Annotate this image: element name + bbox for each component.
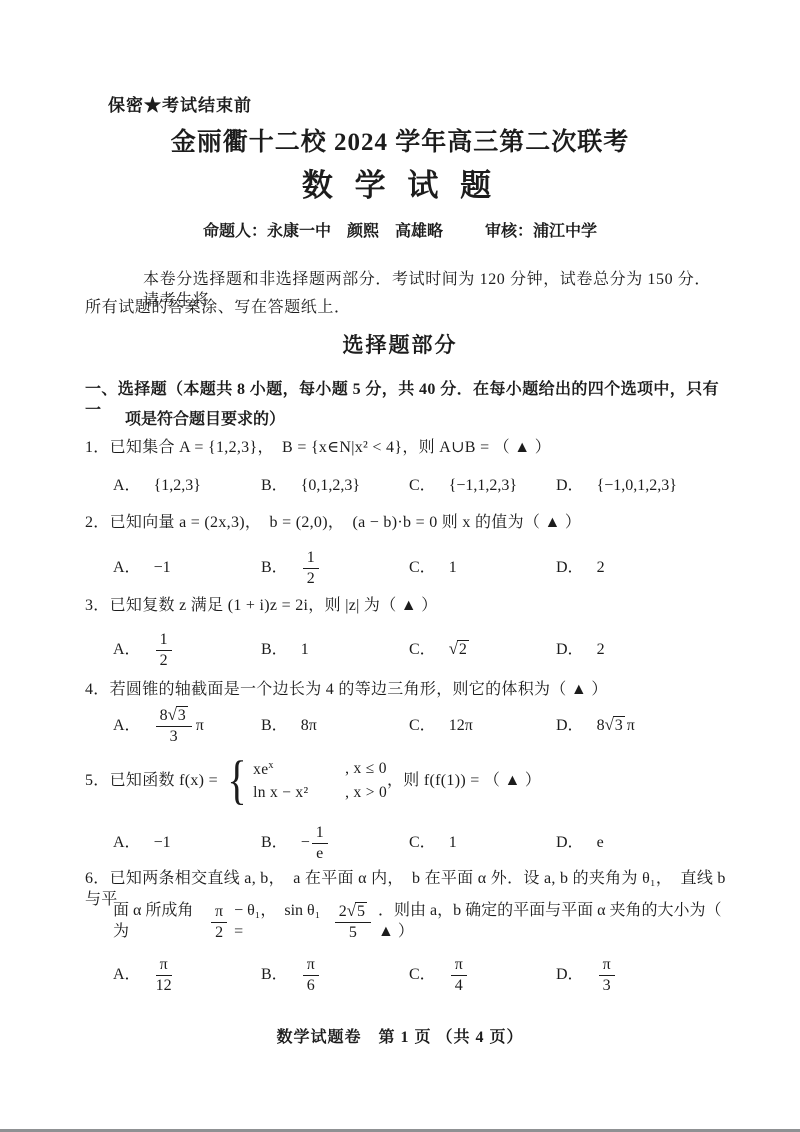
- question-3-options: A．12 B．1 C．√2 D．2: [113, 626, 745, 674]
- q3-option-d: D．2: [556, 640, 745, 661]
- question-2-stem: 2．已知向量 a = (2x,3)， b = (2,0)， (a − b)·b …: [85, 513, 730, 534]
- paper-subject-title: 数 学 试 题: [0, 166, 800, 206]
- question-1-stem: 1．已知集合 A = {1,2,3}， B = {x∈N|x² < 4}，则 A…: [85, 438, 730, 459]
- section-title: 选择题部分: [0, 332, 800, 359]
- fraction: 1e: [312, 824, 328, 863]
- q2-option-d: D．2: [556, 558, 745, 579]
- q3-option-a: A．12: [113, 631, 261, 670]
- radical: √5: [347, 902, 367, 921]
- fraction: 12: [156, 631, 172, 670]
- fraction: π12: [156, 956, 172, 995]
- page-footer: 数学试题卷 第 1 页 （共 4 页）: [0, 1028, 800, 1049]
- fraction: 8√3 3: [156, 706, 192, 746]
- fraction: π6: [303, 956, 319, 995]
- part1-instructions-line2: 项是符合题目要求的）: [125, 410, 285, 431]
- q1-option-c: C．{−1,1,2,3}: [409, 476, 556, 497]
- q6-option-a: A．π12: [113, 956, 261, 995]
- question-4-stem: 4．若圆锥的轴截面是一个边长为 4 的等边三角形，则它的体积为（ ▲ ）: [85, 680, 730, 701]
- q5-option-b: B．−1e: [261, 824, 409, 863]
- fraction: π2: [211, 903, 227, 942]
- radical: √2: [449, 640, 469, 659]
- question-5-stem: 5．已知函数 f(x) = { xex, x ≤ 0 ln x − x², x …: [85, 752, 730, 810]
- q5-option-d: D．e: [556, 833, 745, 854]
- q5-option-c: C．1: [409, 833, 556, 854]
- question-1-options: A．{1,2,3} B．{0,1,2,3} C．{−1,1,2,3} D．{−1…: [113, 474, 745, 498]
- question-5-options: A．−1 B．−1e C．1 D．e: [113, 818, 745, 868]
- fraction: 12: [303, 549, 319, 588]
- q2-option-a: A．−1: [113, 558, 261, 579]
- exam-paper-page: { "page": { "security_notice": "保密★考试结束前…: [0, 0, 800, 1132]
- q5-option-a: A．−1: [113, 833, 261, 854]
- piecewise-brace: {: [227, 758, 247, 804]
- q6-option-b: B．π6: [261, 956, 409, 995]
- q4-option-b: B．8π: [261, 716, 409, 737]
- q6-option-c: C．π4: [409, 956, 556, 995]
- radical: √3: [605, 716, 625, 735]
- radical: √3: [168, 706, 188, 725]
- q6-option-d: D．π3: [556, 956, 745, 995]
- proposers-label: 命题人：永康一中 颜熙 高雄略: [203, 223, 443, 240]
- q4-option-d: D．8√3π: [556, 716, 745, 737]
- intro-line-2: 所有试题的答案涂、写在答题纸上．: [85, 298, 351, 319]
- q4-option-c: C．12π: [409, 716, 556, 737]
- q4-option-a: A． 8√3 3 π: [113, 706, 261, 746]
- q1-option-d: D．{−1,0,1,2,3}: [556, 476, 745, 497]
- q2-option-c: C．1: [409, 558, 556, 579]
- q1-option-b: B．{0,1,2,3}: [261, 476, 409, 497]
- fraction: π3: [599, 956, 615, 995]
- question-4-options: A． 8√3 3 π B．8π C．12π D．8√3π: [113, 700, 745, 752]
- exam-title: 金丽衢十二校 2024 学年高三第二次联考: [0, 127, 800, 160]
- q1-option-a: A．{1,2,3}: [113, 476, 261, 497]
- fraction: π4: [451, 956, 467, 995]
- piecewise-cases: xex, x ≤ 0 ln x − x², x > 0: [253, 759, 387, 803]
- authors-line: 命题人：永康一中 颜熙 高雄略审核：浦江中学: [0, 222, 800, 243]
- q2-option-b: B．12: [261, 549, 409, 588]
- q3-option-b: B．1: [261, 640, 409, 661]
- question-6-options: A．π12 B．π6 C．π4 D．π3: [113, 948, 745, 1002]
- question-2-options: A．−1 B．12 C．1 D．2: [113, 544, 745, 592]
- reviewer-label: 审核：浦江中学: [485, 223, 597, 240]
- question-6-stem-line2: 面 α 所成角为 π2 − θ₁， sin θ₁ = 2√55 ．则由 a，b …: [113, 898, 740, 946]
- question-3-stem: 3．已知复数 z 满足 (1 + i)z = 2i，则 |z| 为（ ▲ ）: [85, 596, 730, 617]
- q3-option-c: C．√2: [409, 640, 556, 661]
- fraction: 2√55: [335, 902, 371, 942]
- security-notice: 保密★考试结束前: [108, 95, 252, 117]
